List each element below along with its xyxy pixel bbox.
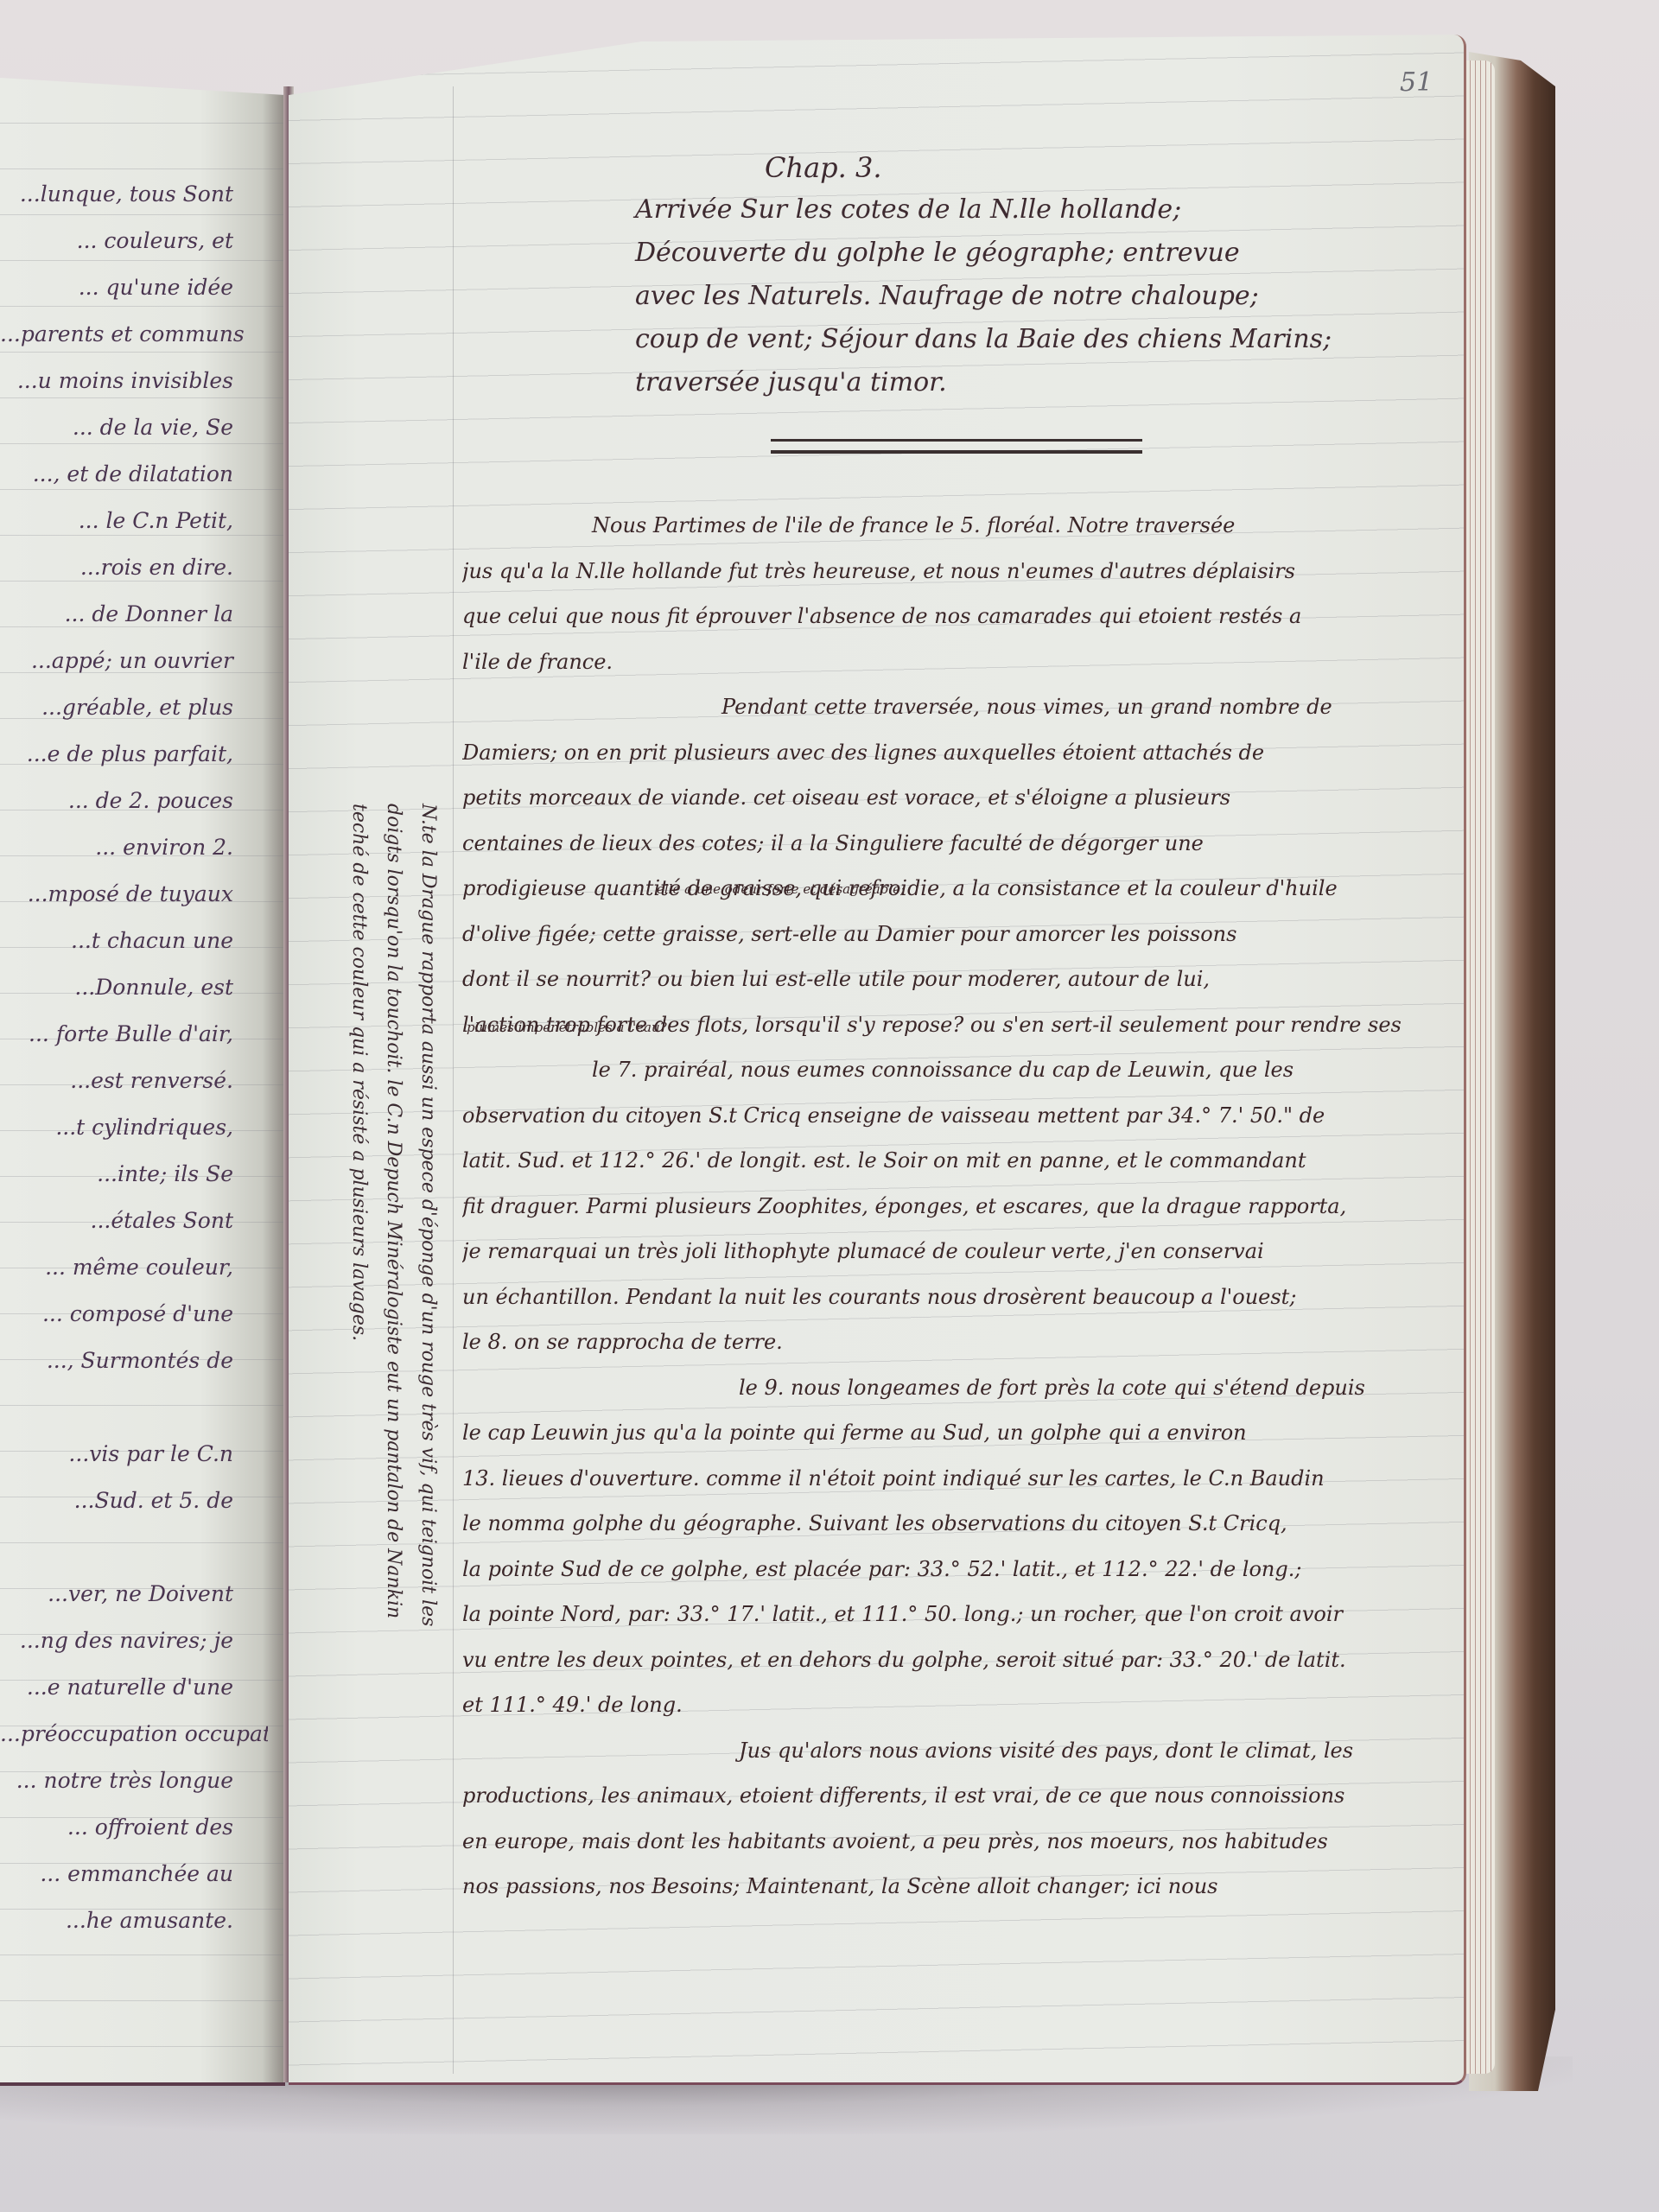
left-line-struck: ...préoccupation occupation	[0, 1711, 268, 1758]
body-line: en europe, mais dont les habitants avoie…	[462, 1819, 1516, 1865]
body-line: observation du citoyen S.t Cricq enseign…	[462, 1093, 1516, 1139]
body-line: Pendant cette traversée, nous vimes, un …	[462, 684, 1516, 730]
chapter-summary-line: coup de vent; Séjour dans la Baie des ch…	[635, 318, 1395, 361]
left-line: ...t cylindriques,	[0, 1104, 268, 1151]
chapter-summary-line: traversée jusqu'a timor.	[635, 361, 1395, 404]
interlinear-insertion: elle a une odeur forte et désagréable;	[657, 881, 905, 897]
left-line: ... environ 2.	[0, 824, 268, 871]
left-line: ... de Donner la	[0, 591, 268, 638]
left-line: ...inte; ils Se	[0, 1151, 268, 1198]
body-line: prodigieuse quantité de graisse, qui ref…	[462, 866, 1516, 912]
chapter-summary-line: Découverte du golphe le géographe; entre…	[635, 232, 1395, 275]
left-line: ...Sud. et 5. de	[0, 1478, 268, 1524]
chapter-summary-line: avec les Naturels. Naufrage de notre cha…	[635, 275, 1395, 318]
left-line: ..., et de dilatation	[0, 451, 268, 498]
left-line: ...u moins invisibles	[0, 358, 268, 404]
left-line: ...ver, ne Doivent	[0, 1571, 268, 1618]
marginal-note-line: N.te la Drague rapporta aussi un espece …	[410, 804, 445, 1840]
left-line: ...parents et communs	[0, 311, 268, 358]
left-line: ...lunque, tous Sont	[0, 171, 268, 218]
left-line: ..., Surmontés de	[0, 1338, 268, 1384]
left-line: ... composé d'une	[0, 1291, 268, 1338]
left-line: ... forte Bulle d'air,	[0, 1011, 268, 1058]
page-number: 51	[1400, 67, 1433, 98]
left-line: ... même couleur,	[0, 1244, 268, 1291]
left-page: ...lunque, tous Sont ... couleurs, et ..…	[0, 78, 285, 2086]
marginal-note-line: doigts lorsqu'on la touchoit. le C.n Dep…	[376, 804, 410, 1840]
left-line: ...vis par le C.n	[0, 1431, 268, 1478]
left-line: ... qu'une idée	[0, 264, 268, 311]
left-line: ...étales Sont	[0, 1198, 268, 1244]
body-line: la pointe Nord, par: 33.° 17.' latit., e…	[462, 1592, 1516, 1637]
body-line: et 111.° 49.' de long.	[462, 1682, 1516, 1728]
left-line: ... couleurs, et	[0, 218, 268, 264]
marginal-note-line: teché de cette couleur qui a résisté a p…	[341, 804, 376, 1840]
interlinear-insertion: plumes impenetrables a l'eau?	[467, 1020, 667, 1035]
left-line: ...gréable, et plus	[0, 684, 268, 731]
chapter-title: Chap. 3.	[765, 151, 882, 184]
body-line: productions, les animaux, etoient differ…	[462, 1773, 1516, 1819]
body-line: 13. lieues d'ouverture. comme il n'étoit…	[462, 1456, 1516, 1502]
body-line: vu entre les deux pointes, et en dehors …	[462, 1637, 1516, 1683]
left-line: ...rois en dire.	[0, 544, 268, 591]
left-line: ...ng des navires; je	[0, 1618, 268, 1664]
body-line: le nomma golphe du géographe. Suivant le…	[462, 1501, 1516, 1547]
body-line: latit. Sud. et 112.° 26.' de longit. est…	[462, 1138, 1516, 1184]
body-line: la pointe Sud de ce golphe, est placée p…	[462, 1547, 1516, 1592]
body-line: que celui que nous fit éprouver l'absenc…	[462, 594, 1516, 639]
manuscript-body: Nous Partimes de l'ile de france le 5. f…	[462, 503, 1516, 1910]
left-line: ... emmanchée au	[0, 1851, 268, 1897]
section-divider	[771, 439, 1142, 454]
body-line: jus qu'a la N.lle hollande fut très heur…	[462, 549, 1516, 594]
body-line: dont il se nourrit? ou bien lui est-elle…	[462, 957, 1516, 1002]
body-line: je remarquai un très joli lithophyte plu…	[462, 1229, 1516, 1274]
body-line: centaines de lieux des cotes; il a la Si…	[462, 821, 1516, 867]
left-line: ... de 2. pouces	[0, 778, 268, 824]
body-line: d'olive figée; cette graisse, sert-elle …	[462, 912, 1516, 957]
left-line: ...mposé de tuyaux	[0, 871, 268, 918]
body-line: le cap Leuwin jus qu'a la pointe qui fer…	[462, 1410, 1516, 1456]
left-line	[0, 1524, 268, 1571]
left-line: ...Donnule, est	[0, 964, 268, 1011]
left-line: ... le C.n Petit,	[0, 498, 268, 544]
left-line: ... de la vie, Se	[0, 404, 268, 451]
body-line: Damiers; on en prit plusieurs avec des l…	[462, 730, 1516, 776]
chapter-summary-line: Arrivée Sur les cotes de la N.lle hollan…	[635, 188, 1395, 232]
left-line: ...he amusante.	[0, 1897, 268, 1944]
body-line: l'ile de france.	[462, 639, 1516, 685]
marginal-note: N.te la Drague rapporta aussi un espece …	[341, 804, 445, 1840]
left-line: ...appé; un ouvrier	[0, 638, 268, 684]
left-line: ...e de plus parfait,	[0, 731, 268, 778]
margin-rule	[453, 86, 454, 2074]
body-line: le 7. prairéal, nous eumes connoissance …	[462, 1047, 1516, 1093]
body-line: le 9. nous longeames de fort près la cot…	[462, 1365, 1516, 1411]
left-line: ...t chacun une	[0, 918, 268, 964]
body-line: Nous Partimes de l'ile de france le 5. f…	[462, 503, 1516, 549]
body-line: nos passions, nos Besoins; Maintenant, l…	[462, 1864, 1516, 1910]
body-line: Jus qu'alors nous avions visité des pays…	[462, 1728, 1516, 1774]
left-line: ...e naturelle d'une	[0, 1664, 268, 1711]
body-line: un échantillon. Pendant la nuit les cour…	[462, 1274, 1516, 1320]
left-line	[0, 1384, 268, 1431]
left-line: ... notre très longue	[0, 1758, 268, 1804]
chapter-summary: Arrivée Sur les cotes de la N.lle hollan…	[635, 188, 1395, 404]
body-line: le 8. on se rapprocha de terre.	[462, 1319, 1516, 1365]
body-line: petits morceaux de viande. cet oiseau es…	[462, 775, 1516, 821]
left-line: ... offroient des	[0, 1804, 268, 1851]
left-page-text: ...lunque, tous Sont ... couleurs, et ..…	[0, 171, 268, 1944]
body-line: fit draguer. Parmi plusieurs Zoophites, …	[462, 1184, 1516, 1230]
left-line: ...est renversé.	[0, 1058, 268, 1104]
